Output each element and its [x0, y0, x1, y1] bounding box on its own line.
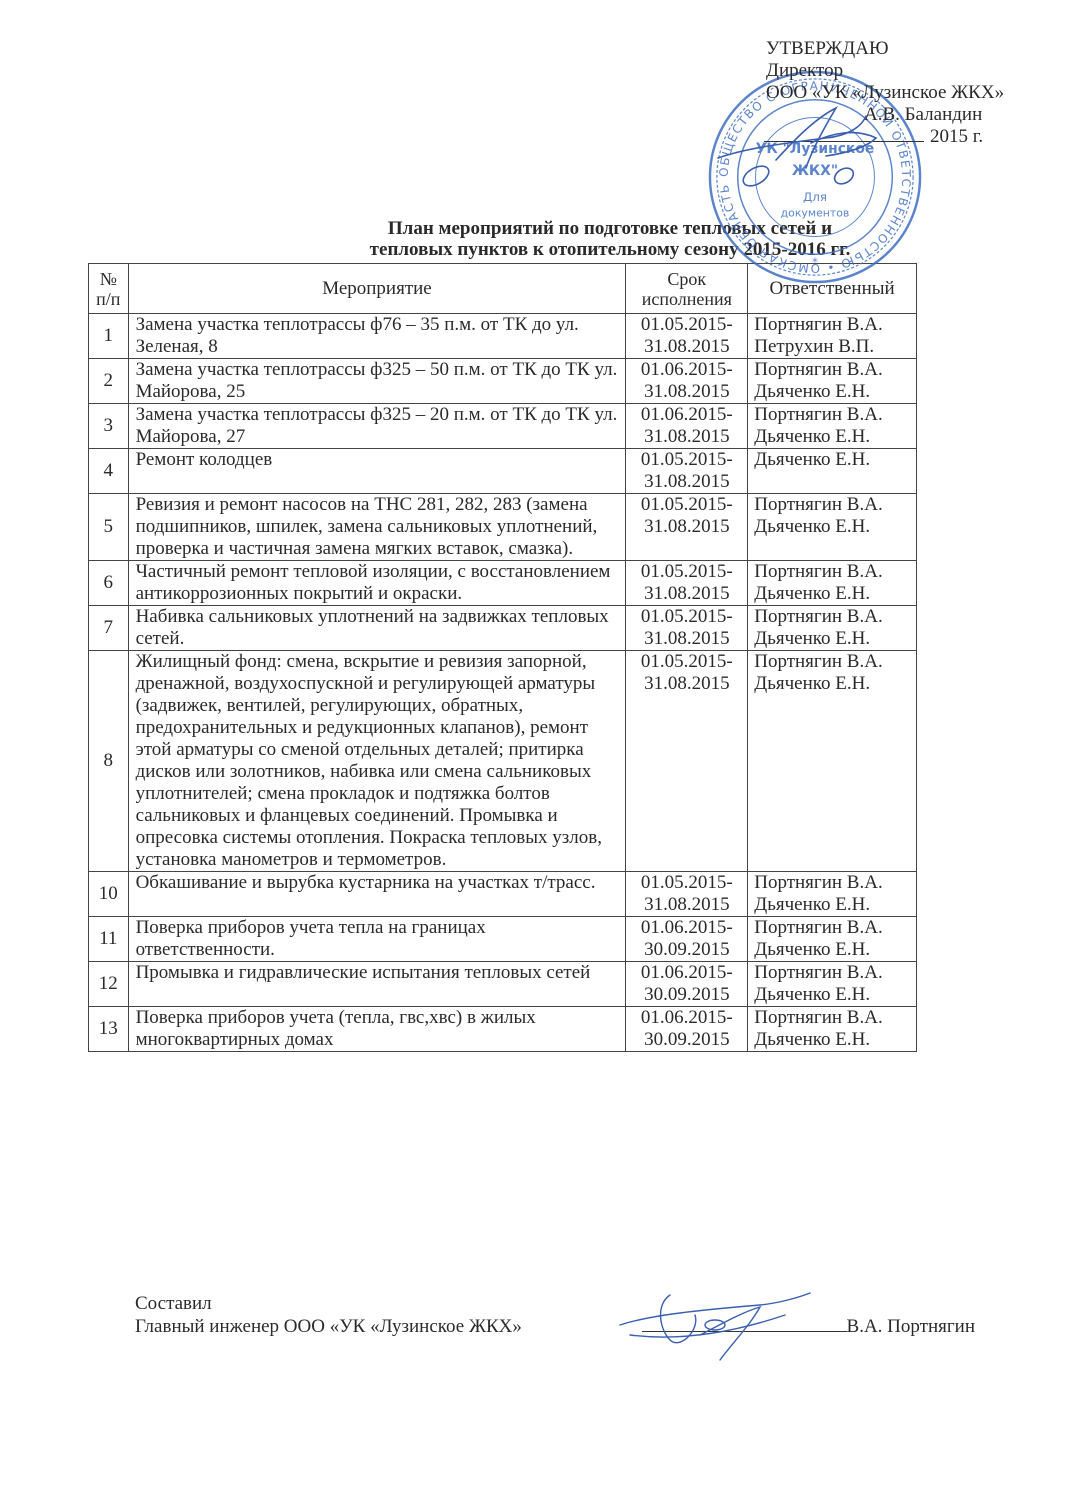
row-term: 01.05.2015-31.08.2015 — [626, 314, 748, 359]
term-start: 01.06.2015- — [628, 917, 745, 939]
term-end: 30.09.2015 — [628, 984, 745, 1006]
row-responsible: Портнягин В.А.Дьяченко Е.Н. — [748, 651, 917, 872]
row-number: 8 — [89, 651, 129, 872]
responsible-1: Портнягин В.А. — [754, 606, 911, 628]
responsible-1: Портнягин В.А. — [754, 1007, 911, 1029]
responsible-2: Дьяченко Е.Н. — [754, 1029, 911, 1051]
row-activity: Жилищный фонд: смена, вскрытие и ревизия… — [128, 651, 626, 872]
row-number: 3 — [89, 404, 129, 449]
term-start: 01.05.2015- — [628, 872, 745, 894]
term-start: 01.05.2015- — [628, 449, 745, 471]
row-term: 01.06.2015-30.09.2015 — [626, 917, 748, 962]
header-num-line2: п/п — [96, 289, 120, 309]
responsible-1: Портнягин В.А. — [754, 561, 911, 583]
row-responsible: Портнягин В.А.Дьяченко Е.Н. — [748, 494, 917, 561]
table-row: 13Поверка приборов учета (тепла, гвс,хвс… — [89, 1007, 917, 1052]
responsible-1: Портнягин В.А. — [754, 917, 911, 939]
term-start: 01.05.2015- — [628, 314, 745, 336]
approval-position: Директор — [766, 60, 1004, 82]
table-row: 5Ревизия и ремонт насосов на ТНС 281, 28… — [89, 494, 917, 561]
responsible-2: Дьяченко Е.Н. — [754, 583, 911, 605]
term-start: 01.06.2015- — [628, 359, 745, 381]
term-end: 31.08.2015 — [628, 471, 745, 493]
row-number: 4 — [89, 449, 129, 494]
row-number: 2 — [89, 359, 129, 404]
approval-block: УТВЕРЖДАЮ Директор ООО «УК «Лузинское ЖК… — [766, 38, 1004, 148]
responsible-1: Портнягин В.А. — [754, 651, 911, 673]
term-start: 01.05.2015- — [628, 606, 745, 628]
row-number: 6 — [89, 561, 129, 606]
responsible-2: Дьяченко Е.Н. — [754, 984, 911, 1006]
responsible-2: Дьяченко Е.Н. — [754, 426, 911, 448]
approval-name: А.В. Баландин — [864, 104, 1004, 126]
responsible-1: Портнягин В.А. — [754, 359, 911, 381]
table-row: 2Замена участка теплотрассы ф325 – 50 п.… — [89, 359, 917, 404]
row-term: 01.05.2015-31.08.2015 — [626, 561, 748, 606]
term-end: 31.08.2015 — [628, 628, 745, 650]
row-responsible: Портнягин В.А.Дьяченко Е.Н. — [748, 962, 917, 1007]
row-term: 01.06.2015-30.09.2015 — [626, 1007, 748, 1052]
row-term: 01.05.2015-31.08.2015 — [626, 449, 748, 494]
row-number: 12 — [89, 962, 129, 1007]
row-activity: Поверка приборов учета (тепла, гвс,хвс) … — [128, 1007, 626, 1052]
row-term: 01.06.2015-31.08.2015 — [626, 404, 748, 449]
footer-block: Составил Главный инженер ООО «УК «Лузинс… — [135, 1292, 975, 1338]
responsible-1: Портнягин В.А. — [754, 872, 911, 894]
header-term: Срокисполнения — [626, 264, 748, 314]
header-num-line1: № — [100, 269, 117, 289]
row-term: 01.05.2015-31.08.2015 — [626, 494, 748, 561]
row-activity: Поверка приборов учета тепла на границах… — [128, 917, 626, 962]
term-end: 31.08.2015 — [628, 583, 745, 605]
term-start: 01.05.2015- — [628, 651, 745, 673]
term-end: 31.08.2015 — [628, 426, 745, 448]
term-start: 01.06.2015- — [628, 404, 745, 426]
table-row: 4Ремонт колодцев01.05.2015-31.08.2015Дья… — [89, 449, 917, 494]
row-responsible: Портнягин В.А.Дьяченко Е.Н. — [748, 606, 917, 651]
approval-heading: УТВЕРЖДАЮ — [766, 38, 1004, 60]
row-activity: Набивка сальниковых уплотнений на задвиж… — [128, 606, 626, 651]
term-end: 31.08.2015 — [628, 516, 745, 538]
term-end: 30.09.2015 — [628, 939, 745, 961]
responsible-1: Портнягин В.А. — [754, 962, 911, 984]
term-end: 31.08.2015 — [628, 381, 745, 403]
header-term-line2: исполнения — [642, 289, 732, 309]
activities-table: №п/п Мероприятие Срокисполнения Ответств… — [88, 263, 917, 1052]
responsible-2: Дьяченко Е.Н. — [754, 673, 911, 695]
term-end: 30.09.2015 — [628, 1029, 745, 1051]
header-activity: Мероприятие — [128, 264, 626, 314]
row-activity: Обкашивание и вырубка кустарника на учас… — [128, 872, 626, 917]
term-start: 01.06.2015- — [628, 1007, 745, 1029]
term-end: 31.08.2015 — [628, 673, 745, 695]
table-row: 3Замена участка теплотрассы ф325 – 20 п.… — [89, 404, 917, 449]
row-activity: Частичный ремонт тепловой изоляции, с во… — [128, 561, 626, 606]
row-responsible: Портнягин В.А.Дьяченко Е.Н. — [748, 404, 917, 449]
title-line-1: План мероприятий по подготовке тепловых … — [190, 218, 1030, 239]
responsible-2: Дьяченко Е.Н. — [754, 628, 911, 650]
row-term: 01.06.2015-30.09.2015 — [626, 962, 748, 1007]
signature-line — [764, 127, 924, 142]
responsible-1: Портнягин В.А. — [754, 314, 911, 336]
table-header-row: №п/п Мероприятие Срокисполнения Ответств… — [89, 264, 917, 314]
header-num: №п/п — [89, 264, 129, 314]
responsible-2: Дьяченко Е.Н. — [754, 381, 911, 403]
document-title: План мероприятий по подготовке тепловых … — [190, 218, 1030, 260]
stamp-inner-line3: Для — [803, 190, 827, 204]
stamp-inner-line2: ЖКХ" — [792, 163, 838, 179]
row-responsible: Дьяченко Е.Н. — [748, 449, 917, 494]
row-number: 13 — [89, 1007, 129, 1052]
row-term: 01.05.2015-31.08.2015 — [626, 872, 748, 917]
row-responsible: Портнягин В.А.Дьяченко Е.Н. — [748, 561, 917, 606]
responsible-1: Дьяченко Е.Н. — [754, 449, 911, 471]
compiler-signature-line: В.А. Портнягин — [642, 1315, 975, 1338]
table-row: 12Промывка и гидравлические испытания те… — [89, 962, 917, 1007]
header-responsible: Ответственный — [748, 264, 917, 314]
row-term: 01.05.2015-31.08.2015 — [626, 606, 748, 651]
term-start: 01.05.2015- — [628, 494, 745, 516]
signature-line — [642, 1317, 847, 1332]
table-row: 11Поверка приборов учета тепла на границ… — [89, 917, 917, 962]
row-responsible: Портнягин В.А.Дьяченко Е.Н. — [748, 917, 917, 962]
term-start: 01.05.2015- — [628, 561, 745, 583]
table-row: 1Замена участка теплотрассы ф76 – 35 п.м… — [89, 314, 917, 359]
row-activity: Замена участка теплотрассы ф325 – 20 п.м… — [128, 404, 626, 449]
compiled-label: Составил — [135, 1292, 975, 1315]
responsible-2: Дьяченко Е.Н. — [754, 894, 911, 916]
term-end: 31.08.2015 — [628, 894, 745, 916]
responsible-2: Дьяченко Е.Н. — [754, 939, 911, 961]
row-activity: Ревизия и ремонт насосов на ТНС 281, 282… — [128, 494, 626, 561]
table-row: 7Набивка сальниковых уплотнений на задви… — [89, 606, 917, 651]
compiler-title: Главный инженер ООО «УК «Лузинское ЖКХ» — [135, 1315, 522, 1338]
responsible-2: Дьяченко Е.Н. — [754, 516, 911, 538]
row-term: 01.06.2015-31.08.2015 — [626, 359, 748, 404]
approval-year: 2015 г. — [930, 126, 983, 147]
row-term: 01.05.2015-31.08.2015 — [626, 651, 748, 872]
approval-date-line: 2015 г. — [764, 126, 1004, 148]
row-number: 1 — [89, 314, 129, 359]
row-responsible: Портнягин В.А.Дьяченко Е.Н. — [748, 872, 917, 917]
row-activity: Замена участка теплотрассы ф325 – 50 п.м… — [128, 359, 626, 404]
term-start: 01.06.2015- — [628, 962, 745, 984]
row-activity: Промывка и гидравлические испытания тепл… — [128, 962, 626, 1007]
responsible-2: Петрухин В.П. — [754, 336, 911, 358]
responsible-1: Портнягин В.А. — [754, 404, 911, 426]
table-row: 8Жилищный фонд: смена, вскрытие и ревизи… — [89, 651, 917, 872]
term-end: 31.08.2015 — [628, 336, 745, 358]
table-row: 10Обкашивание и вырубка кустарника на уч… — [89, 872, 917, 917]
row-number: 7 — [89, 606, 129, 651]
row-activity: Замена участка теплотрассы ф76 – 35 п.м.… — [128, 314, 626, 359]
row-responsible: Портнягин В.А.Дьяченко Е.Н. — [748, 359, 917, 404]
row-number: 11 — [89, 917, 129, 962]
compiler-name: В.А. Портнягин — [847, 1316, 975, 1337]
row-responsible: Портнягин В.А.Дьяченко Е.Н. — [748, 1007, 917, 1052]
row-activity: Ремонт колодцев — [128, 449, 626, 494]
row-number: 10 — [89, 872, 129, 917]
approval-organization: ООО «УК «Лузинское ЖКХ» — [766, 82, 1004, 104]
header-term-line1: Срок — [667, 269, 706, 289]
title-line-2: тепловых пунктов к отопительному сезону … — [190, 239, 1030, 260]
compiler-row: Главный инженер ООО «УК «Лузинское ЖКХ» … — [135, 1315, 975, 1338]
responsible-1: Портнягин В.А. — [754, 494, 911, 516]
row-number: 5 — [89, 494, 129, 561]
row-responsible: Портнягин В.А.Петрухин В.П. — [748, 314, 917, 359]
table-row: 6Частичный ремонт тепловой изоляции, с в… — [89, 561, 917, 606]
